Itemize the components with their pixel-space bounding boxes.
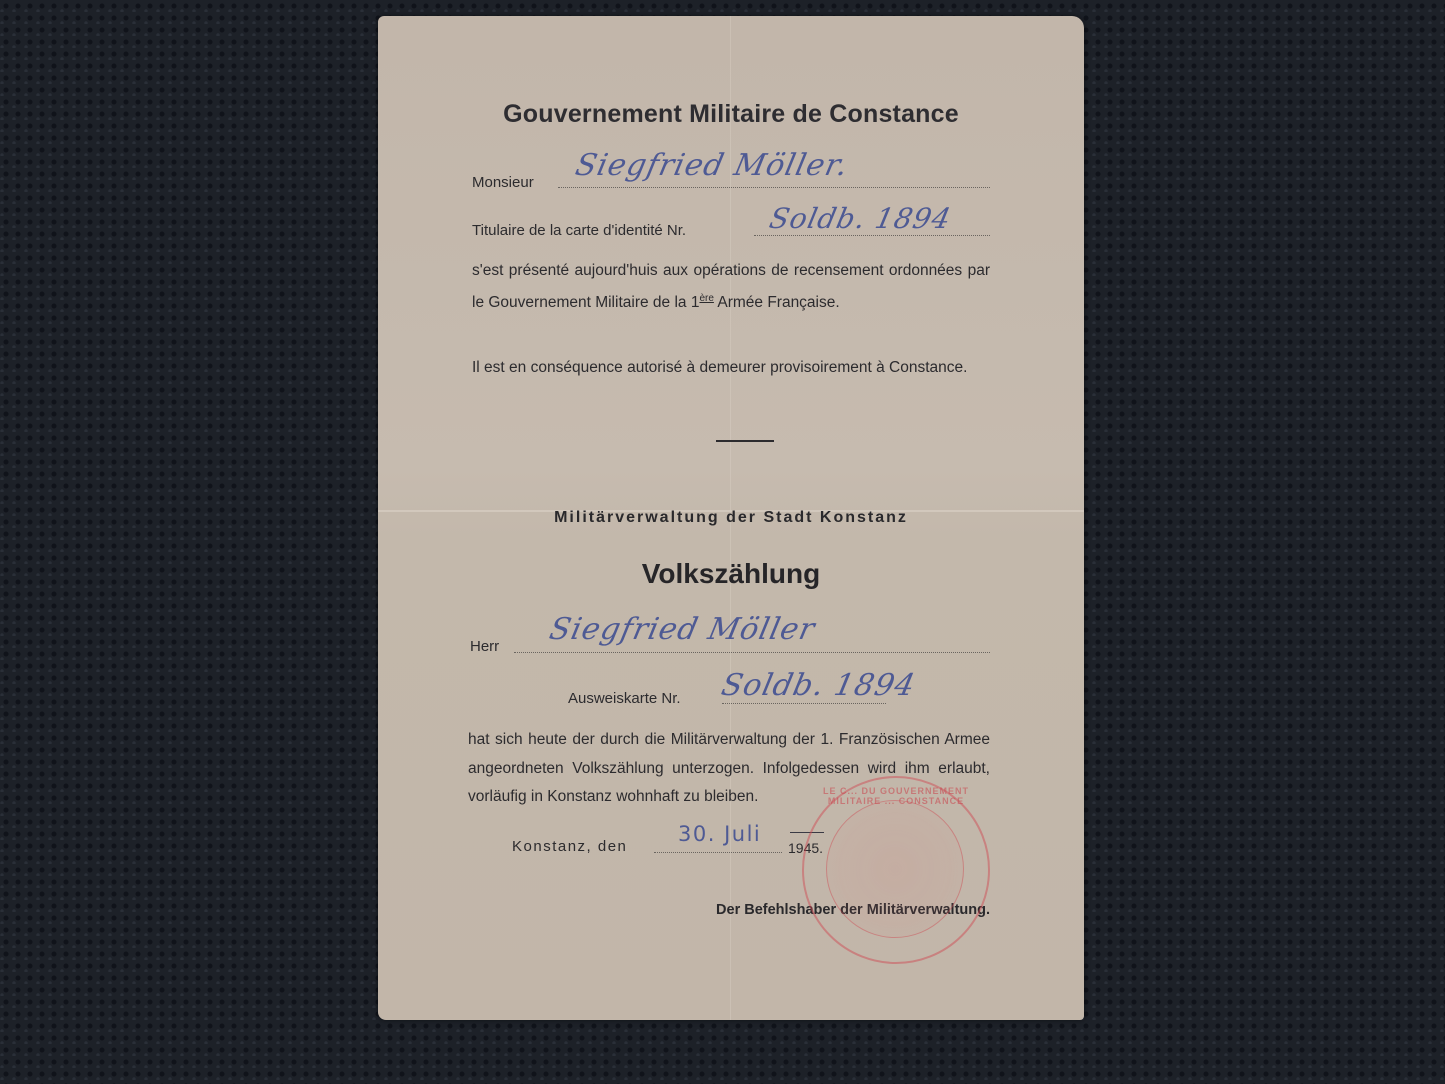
french-paragraph-1-text-end: Armée Française. xyxy=(714,294,840,311)
monsieur-dotted-line xyxy=(558,187,990,188)
id-card-handwritten-number: Soldb. 1894 xyxy=(766,202,954,235)
french-paragraph-1: s'est présenté aujourd'huis aux opératio… xyxy=(472,257,990,317)
monsieur-handwritten-name: Siegfried Möller. xyxy=(572,148,851,183)
stamp-emblem-icon xyxy=(826,800,964,938)
ausweis-handwritten-number: Soldb. 1894 xyxy=(718,668,918,703)
herr-handwritten-name: Siegfried Möller xyxy=(546,612,818,647)
monsieur-label: Monsieur xyxy=(472,174,534,191)
census-document: Gouvernement Militaire de Constance Mons… xyxy=(378,16,1084,1020)
french-paragraph-2: Il est en conséquence autorisé à demeure… xyxy=(472,354,990,382)
official-stamp: LE C... DU GOUVERNEMENT MILITAIRE ... CO… xyxy=(802,776,990,964)
id-card-label: Titulaire de la carte d'identité Nr. xyxy=(472,222,686,239)
ausweis-dotted-line xyxy=(722,703,886,704)
ordinal-superscript: ère xyxy=(699,293,713,304)
id-card-dotted-line xyxy=(754,235,990,236)
ausweis-label: Ausweiskarte Nr. xyxy=(568,690,681,707)
herr-label: Herr xyxy=(470,638,499,655)
stamp-text: LE C... DU GOUVERNEMENT MILITAIRE ... CO… xyxy=(804,786,988,806)
german-subtitle: Militärverwaltung der Stadt Konstanz xyxy=(378,509,1084,527)
french-title: Gouvernement Militaire de Constance xyxy=(378,100,1084,129)
section-divider xyxy=(716,440,774,442)
herr-dotted-line xyxy=(514,652,990,653)
handwritten-date: 30. Juli xyxy=(678,822,761,846)
german-title: Volkszählung xyxy=(378,558,1084,590)
date-dotted-line xyxy=(654,852,782,853)
place-date-label: Konstanz, den xyxy=(512,838,627,855)
